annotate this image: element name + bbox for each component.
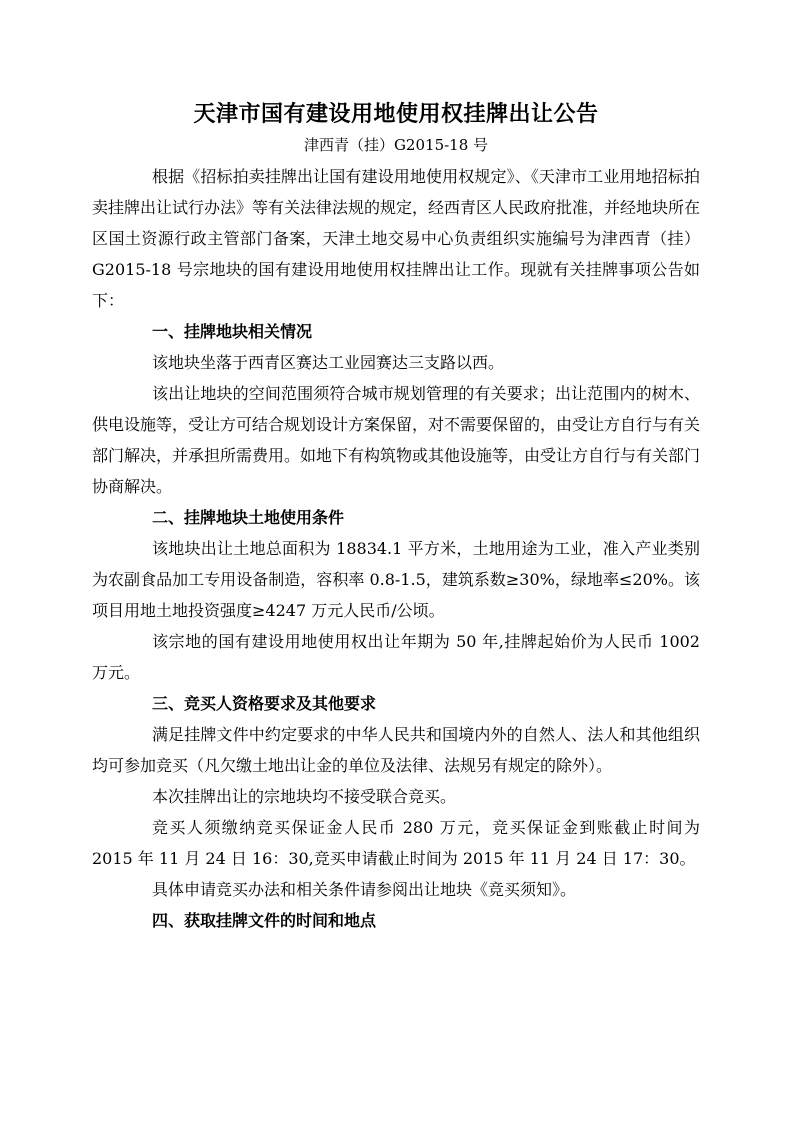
document-number: 津西青（挂）G2015-18 号 — [92, 130, 700, 161]
section-heading: 一、挂牌地块相关情况 — [92, 316, 700, 347]
section-heading: 三、竞买人资格要求及其他要求 — [92, 688, 700, 719]
paragraph: 该地块出让土地总面积为 18834.1 平方米，土地用途为工业，准入产业类别为农… — [92, 533, 700, 626]
document-page: 天津市国有建设用地使用权挂牌出让公告 津西青（挂）G2015-18 号 根据《招… — [0, 0, 794, 1123]
document-body: 根据《招标拍卖挂牌出让国有建设用地使用权规定》、《天津市工业用地招标拍卖挂牌出让… — [92, 161, 700, 936]
document-title: 天津市国有建设用地使用权挂牌出让公告 — [92, 99, 700, 130]
paragraph: 该地块坐落于西青区赛达工业园赛达三支路以西。 — [92, 347, 700, 378]
paragraph: 该宗地的国有建设用地使用权出让年期为 50 年,挂牌起始价为人民币 1002 万… — [92, 626, 700, 688]
paragraph: 根据《招标拍卖挂牌出让国有建设用地使用权规定》、《天津市工业用地招标拍卖挂牌出让… — [92, 161, 700, 316]
section-heading: 四、获取挂牌文件的时间和地点 — [92, 905, 700, 936]
paragraph: 该出让地块的空间范围须符合城市规划管理的有关要求；出让范围内的树木、供电设施等，… — [92, 378, 700, 502]
paragraph: 本次挂牌出让的宗地块均不接受联合竞买。 — [92, 781, 700, 812]
paragraph: 竞买人须缴纳竞买保证金人民币 280 万元，竞买保证金到账截止时间为 2015 … — [92, 812, 700, 874]
paragraph: 具体申请竞买办法和相关条件请参阅出让地块《竞买须知》。 — [92, 874, 700, 905]
section-heading: 二、挂牌地块土地使用条件 — [92, 502, 700, 533]
paragraph: 满足挂牌文件中约定要求的中华人民共和国境内外的自然人、法人和其他组织均可参加竞买… — [92, 719, 700, 781]
